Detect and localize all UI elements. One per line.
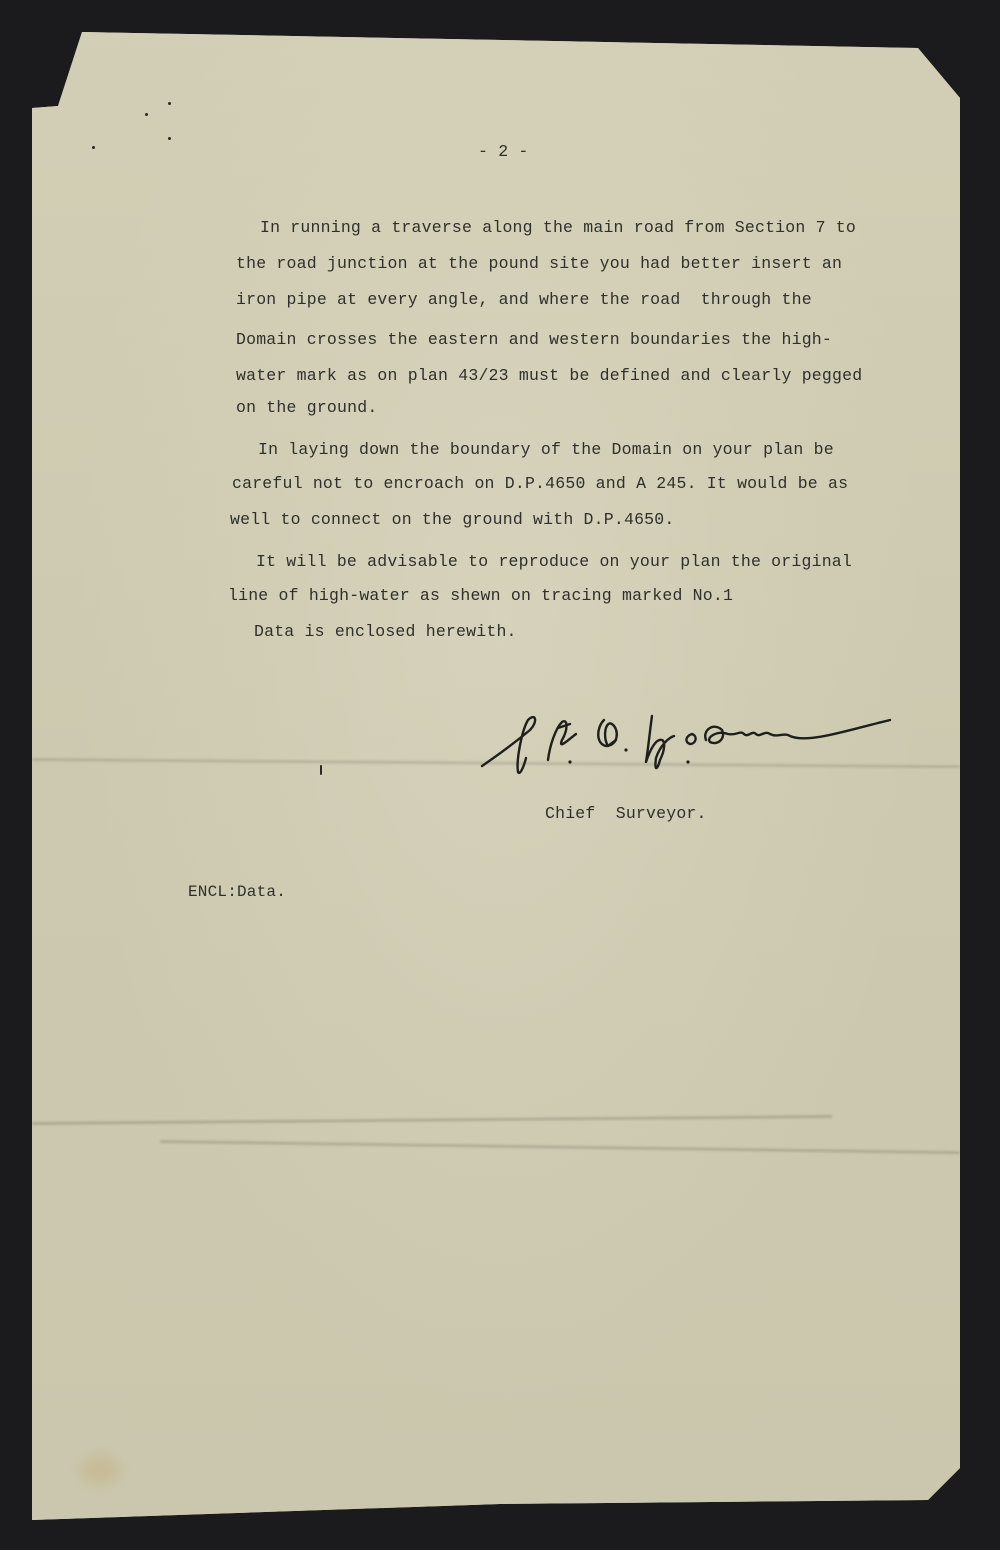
text-line: the road junction at the pound site you … — [236, 256, 842, 273]
paper-speck — [145, 113, 148, 116]
text-line: well to connect on the ground with D.P.4… — [230, 512, 674, 529]
text-line: It will be advisable to reproduce on you… — [256, 554, 852, 571]
text-line: In laying down the boundary of the Domai… — [258, 442, 834, 459]
paper-stain — [80, 1455, 120, 1485]
signatory-title: Chief Surveyor. — [545, 806, 707, 823]
text-line: Data is enclosed herewith. — [254, 624, 517, 641]
text-line: iron pipe at every angle, and where the … — [236, 292, 812, 309]
paper-speck — [168, 102, 171, 105]
fold-line — [160, 1140, 960, 1154]
text-line: on the ground. — [236, 400, 377, 417]
paper-speck — [168, 137, 171, 140]
text-line: line of high-water as shewn on tracing m… — [228, 588, 733, 605]
paper-speck — [92, 146, 95, 149]
text-line: water mark as on plan 43/23 must be defi… — [236, 368, 862, 385]
text-line: In running a traverse along the main roa… — [260, 220, 856, 237]
scan-background: - 2 - In running a traverse along the ma… — [0, 0, 1000, 1550]
handwritten-signature — [478, 700, 898, 780]
text-line: careful not to encroach on D.P.4650 and … — [232, 476, 848, 493]
paper-speck — [320, 765, 322, 775]
text-line: Domain crosses the eastern and western b… — [236, 332, 832, 349]
page-number: - 2 - — [478, 144, 529, 161]
fold-line — [32, 1115, 832, 1125]
enclosure-note: ENCL:Data. — [188, 884, 286, 900]
